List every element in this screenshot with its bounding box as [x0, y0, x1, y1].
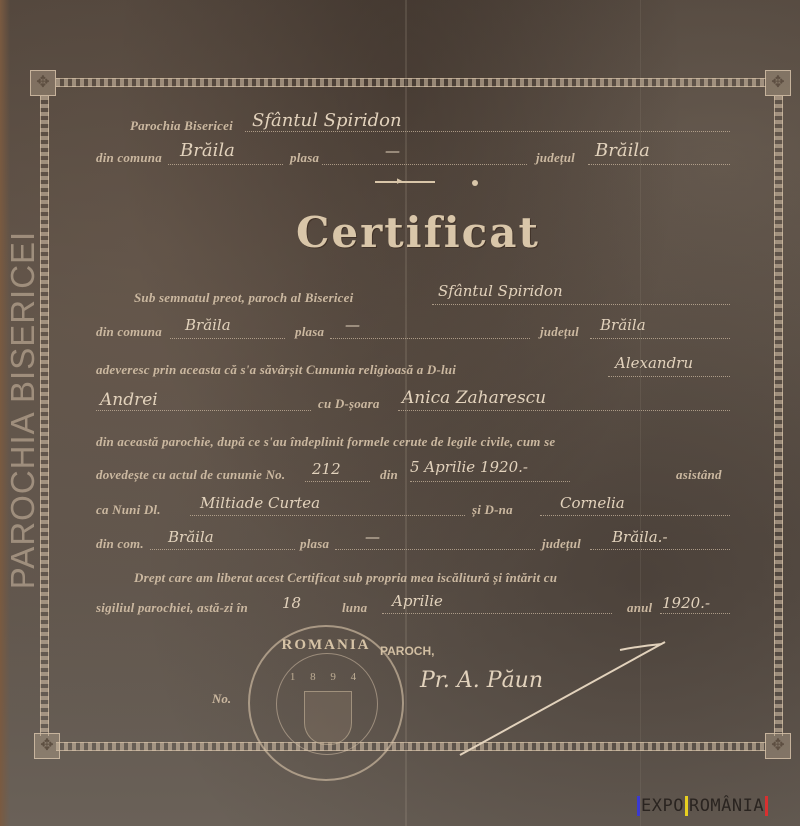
- godparents-district-value: —: [365, 528, 380, 546]
- act-number-label: dovedește cu actul de cununie No.: [96, 467, 285, 483]
- fill-line: [168, 164, 283, 165]
- side-parish-text: PAROCHIA BISERICEI: [4, 140, 44, 680]
- assisting-label: asistând: [676, 467, 722, 483]
- bride-name: Anica Zaharescu: [402, 388, 546, 408]
- county-value: Brăila: [595, 140, 650, 161]
- watermark-text-left: EXPO: [641, 796, 684, 816]
- body-commune-value: Brăila: [185, 316, 231, 334]
- certificate-title: Certificat: [296, 208, 536, 257]
- fill-line: [322, 164, 527, 165]
- godmother-label: și D-na: [472, 502, 513, 518]
- groom-last-name: Andrei: [100, 390, 158, 410]
- border-top: [56, 78, 766, 87]
- corner-ornament-icon: [765, 70, 791, 96]
- body-line-1-label: Sub semnatul preot, paroch al Bisericei: [134, 290, 353, 306]
- fill-line: [590, 549, 730, 550]
- fill-line: [588, 164, 730, 165]
- fill-line: [170, 338, 285, 339]
- issue-month: Aprilie: [350, 592, 443, 610]
- issue-day: 18: [282, 594, 301, 612]
- fill-line: [608, 376, 730, 377]
- border-right: [774, 96, 783, 736]
- bride-label: cu D-șoara: [318, 396, 380, 412]
- issue-year: 1920.-: [662, 594, 710, 612]
- godmother-name: Cornelia: [560, 494, 625, 512]
- godfather-name: Miltiade Curtea: [200, 494, 320, 512]
- godparents-commune-label: din com.: [96, 536, 144, 552]
- fill-line: [540, 515, 730, 516]
- body-commune-label: din comuna: [96, 324, 162, 340]
- body-line-3-text: adeveresc prin aceasta că s'a săvârșit C…: [96, 362, 456, 378]
- corner-ornament-icon: [30, 70, 56, 96]
- act-number-value: 212: [312, 460, 341, 478]
- fill-line: [660, 613, 730, 614]
- corner-ornament-icon: [34, 733, 60, 759]
- issue-date-label: sigiliul parochiei, astă-zi în: [96, 600, 248, 616]
- issue-year-label: anul: [627, 600, 652, 616]
- fill-line: [432, 304, 730, 305]
- parish-label: Parochia Bisericei: [130, 118, 233, 134]
- body-county-label: județul: [540, 324, 579, 340]
- fill-line: [330, 338, 530, 339]
- godparents-county-value: Brăila.-: [612, 528, 668, 546]
- fill-line: [398, 410, 730, 411]
- body-county-value: Brăila: [600, 316, 646, 334]
- godparents-district-label: plasa: [300, 536, 329, 552]
- watermark-text-right: ROMÂNIA: [689, 796, 764, 816]
- district-value: —: [385, 142, 400, 160]
- flag-red-bar: [765, 796, 768, 816]
- fill-line: [190, 515, 465, 516]
- godparents-label: ca Nuni Dl.: [96, 502, 161, 518]
- expo-romania-watermark: EXPO ROMÂNIA: [636, 796, 769, 816]
- fill-line: [335, 549, 535, 550]
- flag-yellow-bar: [685, 796, 688, 816]
- body-district-label: plasa: [295, 324, 324, 340]
- commune-label: din comuna: [96, 150, 162, 166]
- body-line-1-value: Sfântul Spiridon: [438, 282, 563, 300]
- number-label: No.: [212, 691, 231, 707]
- body-district-value: —: [345, 316, 360, 334]
- godparents-commune-value: Brăila: [168, 528, 214, 546]
- stamp-year: 1 8 9 4: [250, 671, 402, 683]
- fill-line: [305, 481, 370, 482]
- ink-spot: [472, 180, 478, 186]
- fill-line: [96, 410, 311, 411]
- signature-flourish-icon: [450, 640, 680, 760]
- fold-crease: [405, 0, 407, 826]
- commune-value: Brăila: [180, 140, 235, 161]
- fill-line: [410, 481, 570, 482]
- paroch-label: PAROCH,: [380, 644, 434, 658]
- fill-line: [245, 131, 730, 132]
- body-line-5-text: din această parochie, după ce s'au îndep…: [96, 434, 555, 450]
- coat-of-arms-icon: [304, 691, 352, 745]
- divider-ornament: [375, 181, 435, 183]
- fill-line: [150, 549, 295, 550]
- godparents-county-label: județul: [542, 536, 581, 552]
- fill-line: [382, 613, 612, 614]
- fill-line: [590, 338, 730, 339]
- flag-blue-bar: [637, 796, 640, 816]
- county-label: județul: [536, 150, 575, 166]
- groom-first-name: Alexandru: [615, 354, 693, 372]
- act-date-value: 5 Aprilie 1920.-: [388, 458, 528, 476]
- parish-value: Sfântul Spiridon: [252, 110, 402, 131]
- body-line-9-text: Drept care am liberat acest Certificat s…: [134, 570, 557, 586]
- corner-ornament-icon: [765, 733, 791, 759]
- district-label: plasa: [290, 150, 319, 166]
